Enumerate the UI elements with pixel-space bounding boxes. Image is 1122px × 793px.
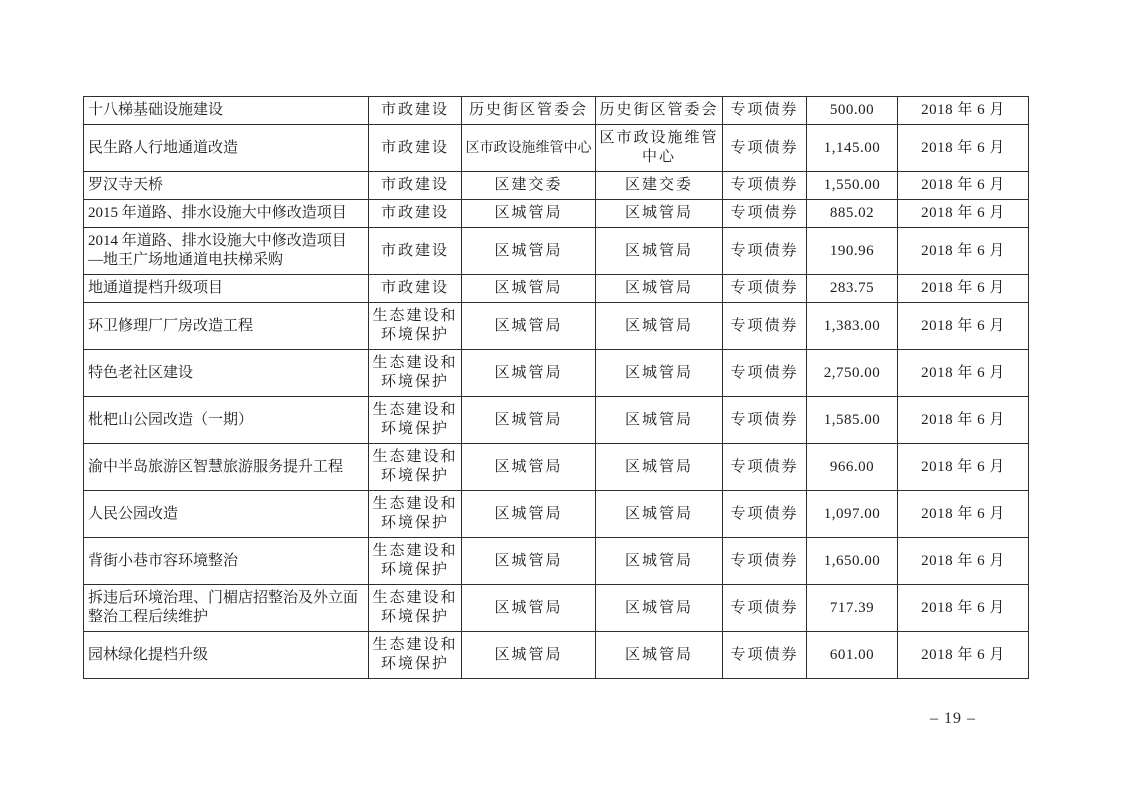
cell-amount: 885.02 <box>807 200 898 228</box>
cell-bond-type: 专项债券 <box>723 538 807 585</box>
cell-project: 民生路人行地通道改造 <box>84 125 369 172</box>
cell-dept1: 历史街区管委会 <box>462 97 596 125</box>
cell-dept1: 区市政设施维管中心 <box>462 125 596 172</box>
cell-date: 2018 年 6 月 <box>898 303 1029 350</box>
cell-bond-type: 专项债券 <box>723 585 807 632</box>
cell-dept1: 区城管局 <box>462 632 596 679</box>
cell-dept2: 区城管局 <box>596 200 723 228</box>
cell-date: 2018 年 6 月 <box>898 200 1029 228</box>
cell-date: 2018 年 6 月 <box>898 350 1029 397</box>
cell-dept1: 区城管局 <box>462 397 596 444</box>
cell-date: 2018 年 6 月 <box>898 125 1029 172</box>
cell-dept2: 区城管局 <box>596 303 723 350</box>
cell-amount: 601.00 <box>807 632 898 679</box>
cell-dept2: 区城管局 <box>596 228 723 275</box>
cell-category: 生态建设和环境保护 <box>369 491 462 538</box>
cell-project: 人民公园改造 <box>84 491 369 538</box>
cell-dept1: 区城管局 <box>462 585 596 632</box>
document-page: 十八梯基础设施建设市政建设历史街区管委会历史街区管委会专项债券500.00201… <box>0 0 1122 793</box>
table-row: 拆违后环境治理、门楣店招整治及外立面 整治工程后续维护生态建设和环境保护区城管局… <box>84 585 1029 632</box>
cell-dept1: 区城管局 <box>462 275 596 303</box>
cell-category: 生态建设和环境保护 <box>369 632 462 679</box>
cell-project: 背街小巷市容环境整治 <box>84 538 369 585</box>
cell-bond-type: 专项债券 <box>723 275 807 303</box>
cell-dept2: 区城管局 <box>596 444 723 491</box>
cell-dept1: 区城管局 <box>462 200 596 228</box>
cell-bond-type: 专项债券 <box>723 200 807 228</box>
cell-amount: 1,585.00 <box>807 397 898 444</box>
cell-amount: 717.39 <box>807 585 898 632</box>
cell-dept1: 区城管局 <box>462 444 596 491</box>
table-row: 2014 年道路、排水设施大中修改造项目 —地王广场地通道电扶梯采购市政建设区城… <box>84 228 1029 275</box>
cell-category: 市政建设 <box>369 125 462 172</box>
cell-category: 市政建设 <box>369 228 462 275</box>
cell-dept2: 区城管局 <box>596 491 723 538</box>
cell-dept2: 历史街区管委会 <box>596 97 723 125</box>
cell-dept2: 区城管局 <box>596 632 723 679</box>
table-row: 十八梯基础设施建设市政建设历史街区管委会历史街区管委会专项债券500.00201… <box>84 97 1029 125</box>
cell-dept2: 区城管局 <box>596 397 723 444</box>
cell-category: 生态建设和环境保护 <box>369 350 462 397</box>
table-row: 环卫修理厂厂房改造工程生态建设和环境保护区城管局区城管局专项债券1,383.00… <box>84 303 1029 350</box>
table-row: 2015 年道路、排水设施大中修改造项目市政建设区城管局区城管局专项债券885.… <box>84 200 1029 228</box>
cell-bond-type: 专项债券 <box>723 444 807 491</box>
cell-bond-type: 专项债券 <box>723 303 807 350</box>
cell-amount: 190.96 <box>807 228 898 275</box>
cell-dept2: 区城管局 <box>596 275 723 303</box>
cell-date: 2018 年 6 月 <box>898 397 1029 444</box>
cell-dept2: 区城管局 <box>596 538 723 585</box>
cell-amount: 1,383.00 <box>807 303 898 350</box>
cell-amount: 1,097.00 <box>807 491 898 538</box>
cell-project: 渝中半岛旅游区智慧旅游服务提升工程 <box>84 444 369 491</box>
cell-project: 枇杷山公园改造（一期） <box>84 397 369 444</box>
cell-date: 2018 年 6 月 <box>898 585 1029 632</box>
cell-category: 市政建设 <box>369 172 462 200</box>
cell-bond-type: 专项债券 <box>723 491 807 538</box>
cell-category: 市政建设 <box>369 200 462 228</box>
cell-project: 十八梯基础设施建设 <box>84 97 369 125</box>
cell-bond-type: 专项债券 <box>723 632 807 679</box>
cell-amount: 1,650.00 <box>807 538 898 585</box>
cell-category: 生态建设和环境保护 <box>369 303 462 350</box>
table-row: 枇杷山公园改造（一期）生态建设和环境保护区城管局区城管局专项债券1,585.00… <box>84 397 1029 444</box>
cell-project: 2015 年道路、排水设施大中修改造项目 <box>84 200 369 228</box>
cell-date: 2018 年 6 月 <box>898 444 1029 491</box>
table-row: 园林绿化提档升级生态建设和环境保护区城管局区城管局专项债券601.002018 … <box>84 632 1029 679</box>
table-row: 人民公园改造生态建设和环境保护区城管局区城管局专项债券1,097.002018 … <box>84 491 1029 538</box>
cell-category: 市政建设 <box>369 97 462 125</box>
cell-dept2: 区城管局 <box>596 585 723 632</box>
cell-date: 2018 年 6 月 <box>898 228 1029 275</box>
cell-bond-type: 专项债券 <box>723 397 807 444</box>
cell-dept1: 区建交委 <box>462 172 596 200</box>
cell-project: 拆违后环境治理、门楣店招整治及外立面 整治工程后续维护 <box>84 585 369 632</box>
cell-bond-type: 专项债券 <box>723 97 807 125</box>
table-row: 渝中半岛旅游区智慧旅游服务提升工程生态建设和环境保护区城管局区城管局专项债券96… <box>84 444 1029 491</box>
table-row: 民生路人行地通道改造市政建设区市政设施维管中心区市政设施维管中心专项债券1,14… <box>84 125 1029 172</box>
cell-amount: 1,145.00 <box>807 125 898 172</box>
cell-project: 环卫修理厂厂房改造工程 <box>84 303 369 350</box>
projects-table-body: 十八梯基础设施建设市政建设历史街区管委会历史街区管委会专项债券500.00201… <box>84 97 1029 679</box>
cell-project: 地通道提档升级项目 <box>84 275 369 303</box>
cell-date: 2018 年 6 月 <box>898 97 1029 125</box>
cell-dept1: 区城管局 <box>462 491 596 538</box>
cell-category: 生态建设和环境保护 <box>369 538 462 585</box>
cell-amount: 966.00 <box>807 444 898 491</box>
table-row: 背街小巷市容环境整治生态建设和环境保护区城管局区城管局专项债券1,650.002… <box>84 538 1029 585</box>
cell-date: 2018 年 6 月 <box>898 491 1029 538</box>
table-row: 特色老社区建设生态建设和环境保护区城管局区城管局专项债券2,750.002018… <box>84 350 1029 397</box>
cell-project: 罗汉寺天桥 <box>84 172 369 200</box>
cell-dept1: 区城管局 <box>462 538 596 585</box>
cell-date: 2018 年 6 月 <box>898 172 1029 200</box>
cell-amount: 500.00 <box>807 97 898 125</box>
cell-bond-type: 专项债券 <box>723 228 807 275</box>
cell-date: 2018 年 6 月 <box>898 632 1029 679</box>
cell-category: 生态建设和环境保护 <box>369 585 462 632</box>
cell-amount: 283.75 <box>807 275 898 303</box>
cell-category: 生态建设和环境保护 <box>369 444 462 491</box>
page-number: – 19 – <box>930 710 976 728</box>
cell-dept2: 区市政设施维管中心 <box>596 125 723 172</box>
cell-dept2: 区城管局 <box>596 350 723 397</box>
cell-date: 2018 年 6 月 <box>898 275 1029 303</box>
cell-amount: 2,750.00 <box>807 350 898 397</box>
cell-dept1: 区城管局 <box>462 303 596 350</box>
cell-project: 2014 年道路、排水设施大中修改造项目 —地王广场地通道电扶梯采购 <box>84 228 369 275</box>
cell-dept1: 区城管局 <box>462 350 596 397</box>
projects-table: 十八梯基础设施建设市政建设历史街区管委会历史街区管委会专项债券500.00201… <box>83 96 1029 679</box>
cell-date: 2018 年 6 月 <box>898 538 1029 585</box>
cell-bond-type: 专项债券 <box>723 172 807 200</box>
cell-category: 生态建设和环境保护 <box>369 397 462 444</box>
cell-bond-type: 专项债券 <box>723 350 807 397</box>
cell-project: 园林绿化提档升级 <box>84 632 369 679</box>
table-row: 地通道提档升级项目市政建设区城管局区城管局专项债券283.752018 年 6 … <box>84 275 1029 303</box>
cell-category: 市政建设 <box>369 275 462 303</box>
cell-amount: 1,550.00 <box>807 172 898 200</box>
cell-dept2: 区建交委 <box>596 172 723 200</box>
cell-dept1: 区城管局 <box>462 228 596 275</box>
cell-bond-type: 专项债券 <box>723 125 807 172</box>
table-row: 罗汉寺天桥市政建设区建交委区建交委专项债券1,550.002018 年 6 月 <box>84 172 1029 200</box>
cell-project: 特色老社区建设 <box>84 350 369 397</box>
